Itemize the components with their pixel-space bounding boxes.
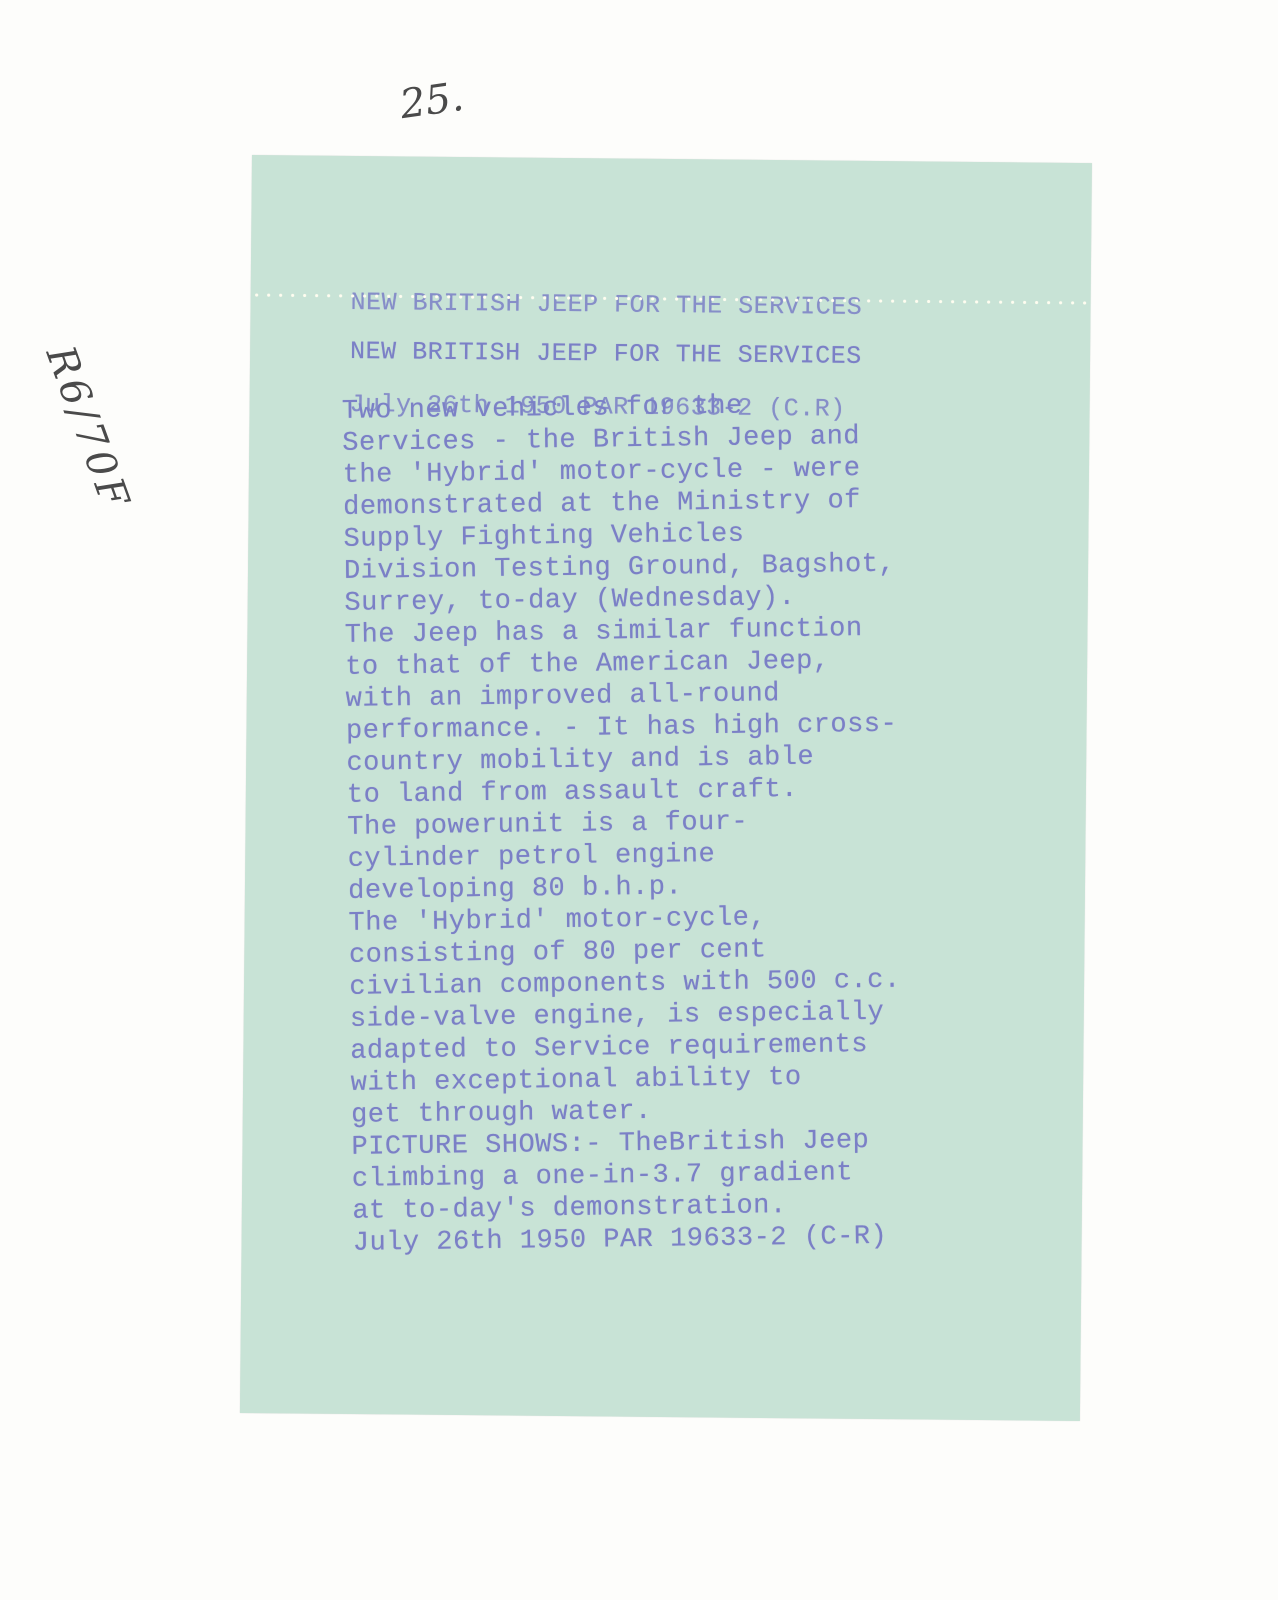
- handwritten-reference: R6/70F: [37, 340, 139, 517]
- caption-heading: NEW BRITISH JEEP FOR THE SERVICES: [350, 336, 862, 373]
- caption-body: Two new vehicles for theServices - the B…: [342, 389, 904, 1260]
- caption-slip: NEW BRITISH JEEP FOR THE SERVICES July 2…: [240, 155, 1092, 1421]
- caption-line: July 26th 1950 PAR 19633-2 (C-R): [353, 1221, 905, 1260]
- stub-title: NEW BRITISH JEEP FOR THE SERVICES: [350, 286, 862, 325]
- handwritten-number: 25.: [397, 74, 466, 128]
